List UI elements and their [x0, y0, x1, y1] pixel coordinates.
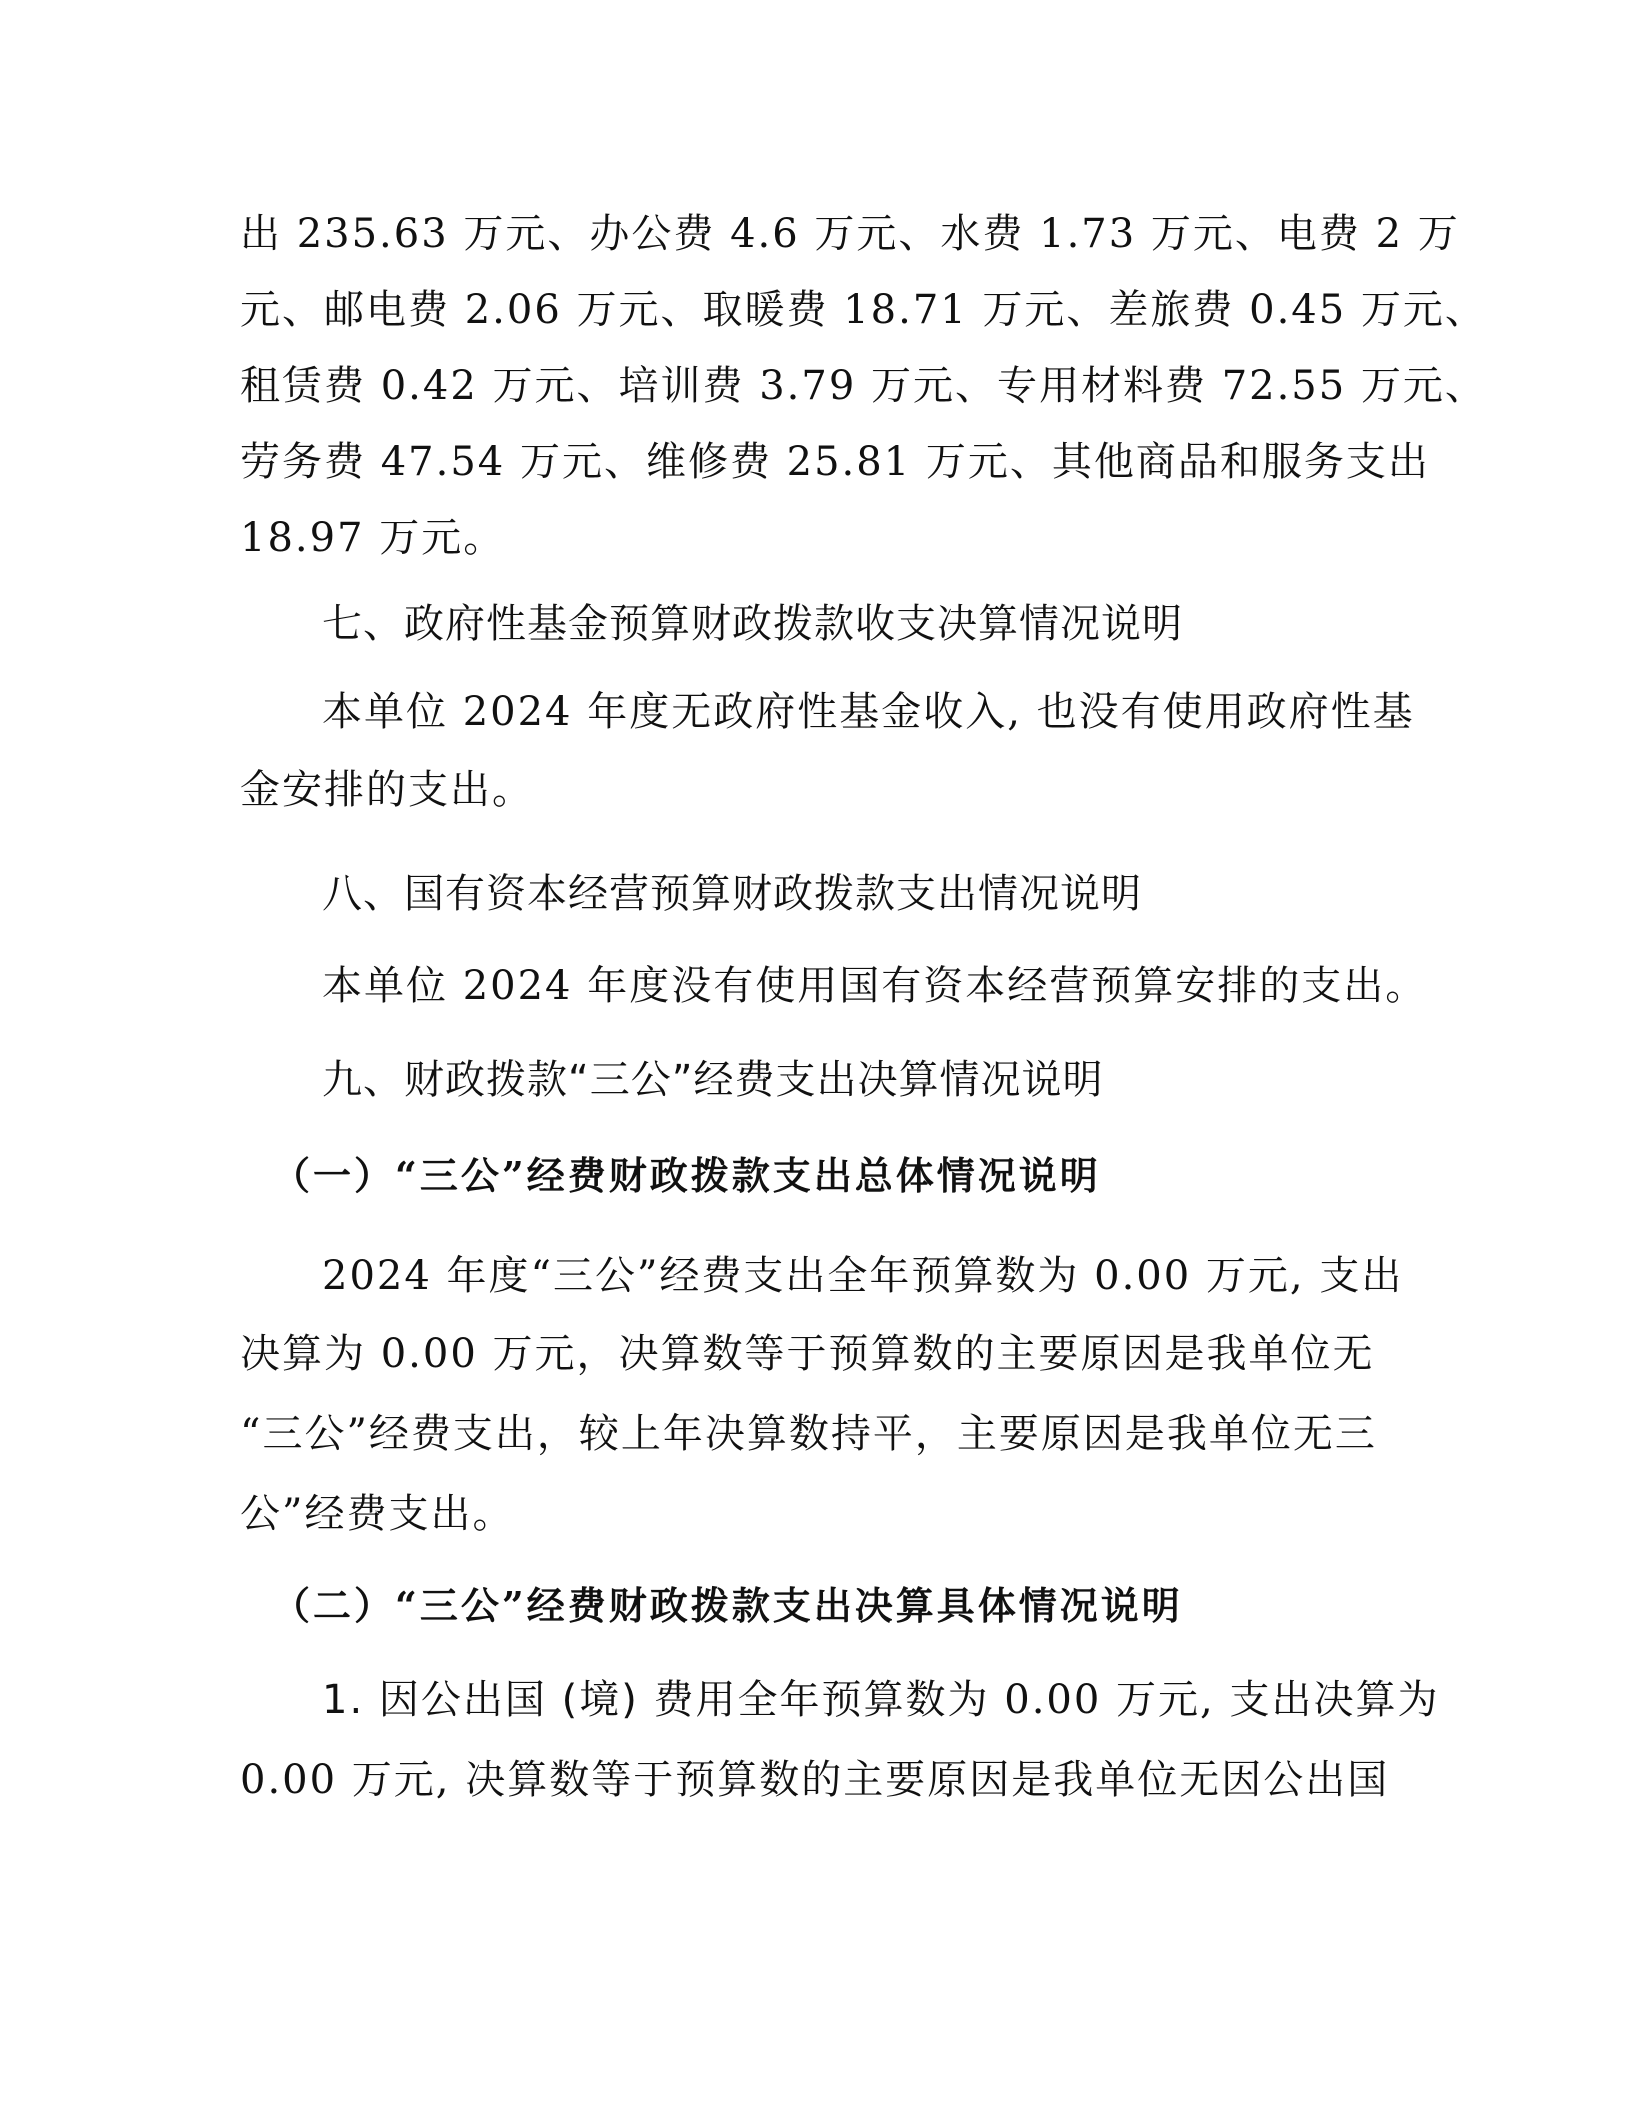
body-text-line: “三公”经费支出，较上年决算数持平，主要原因是我单位无三 — [240, 1410, 1380, 1458]
body-text-line: 劳务费 47.54 万元、维修费 25.81 万元、其他商品和服务支出 — [240, 438, 1380, 486]
body-text-line: 元、邮电费 2.06 万元、取暖费 18.71 万元、差旅费 0.45 万元、 — [240, 286, 1380, 334]
body-text-line: 决算为 0.00 万元，决算数等于预算数的主要原因是我单位无 — [240, 1330, 1380, 1378]
body-text-line: 0.00 万元, 决算数等于预算数的主要原因是我单位无因公出国 — [240, 1756, 1380, 1804]
subsection-heading-9-1: （一）“三公”经费财政拨款支出总体情况说明 — [272, 1152, 1412, 1200]
section-heading-8: 八、国有资本经营预算财政拨款支出情况说明 — [322, 870, 1462, 918]
body-text-line: 金安排的支出。 — [240, 766, 1380, 814]
section-heading-9: 九、财政拨款“三公”经费支出决算情况说明 — [322, 1056, 1462, 1104]
body-text-line: 18.97 万元。 — [240, 514, 1380, 562]
document-page: 出 235.63 万元、办公费 4.6 万元、水费 1.73 万元、电费 2 万… — [0, 0, 1632, 2112]
body-text-line: 出 235.63 万元、办公费 4.6 万元、水费 1.73 万元、电费 2 万 — [240, 210, 1380, 258]
body-text-line: 2024 年度“三公”经费支出全年预算数为 0.00 万元, 支出 — [322, 1252, 1462, 1300]
body-text-line: 1. 因公出国 (境) 费用全年预算数为 0.00 万元, 支出决算为 — [322, 1676, 1462, 1724]
item-text: 全年预算数为 0.00 万元, 支出决算为 — [738, 1677, 1440, 1723]
section-heading-7: 七、政府性基金预算财政拨款收支决算情况说明 — [322, 600, 1462, 648]
body-text-line: 公”经费支出。 — [240, 1490, 1380, 1538]
item-lead: 1. 因公出国 (境) 费用 — [322, 1677, 738, 1723]
body-text-line: 本单位 2024 年度无政府性基金收入, 也没有使用政府性基 — [322, 688, 1462, 736]
body-text-line: 租赁费 0.42 万元、培训费 3.79 万元、专用材料费 72.55 万元、 — [240, 362, 1380, 410]
body-text-line: 本单位 2024 年度没有使用国有资本经营预算安排的支出。 — [322, 962, 1462, 1010]
subsection-heading-9-2: （二）“三公”经费财政拨款支出决算具体情况说明 — [272, 1582, 1412, 1630]
